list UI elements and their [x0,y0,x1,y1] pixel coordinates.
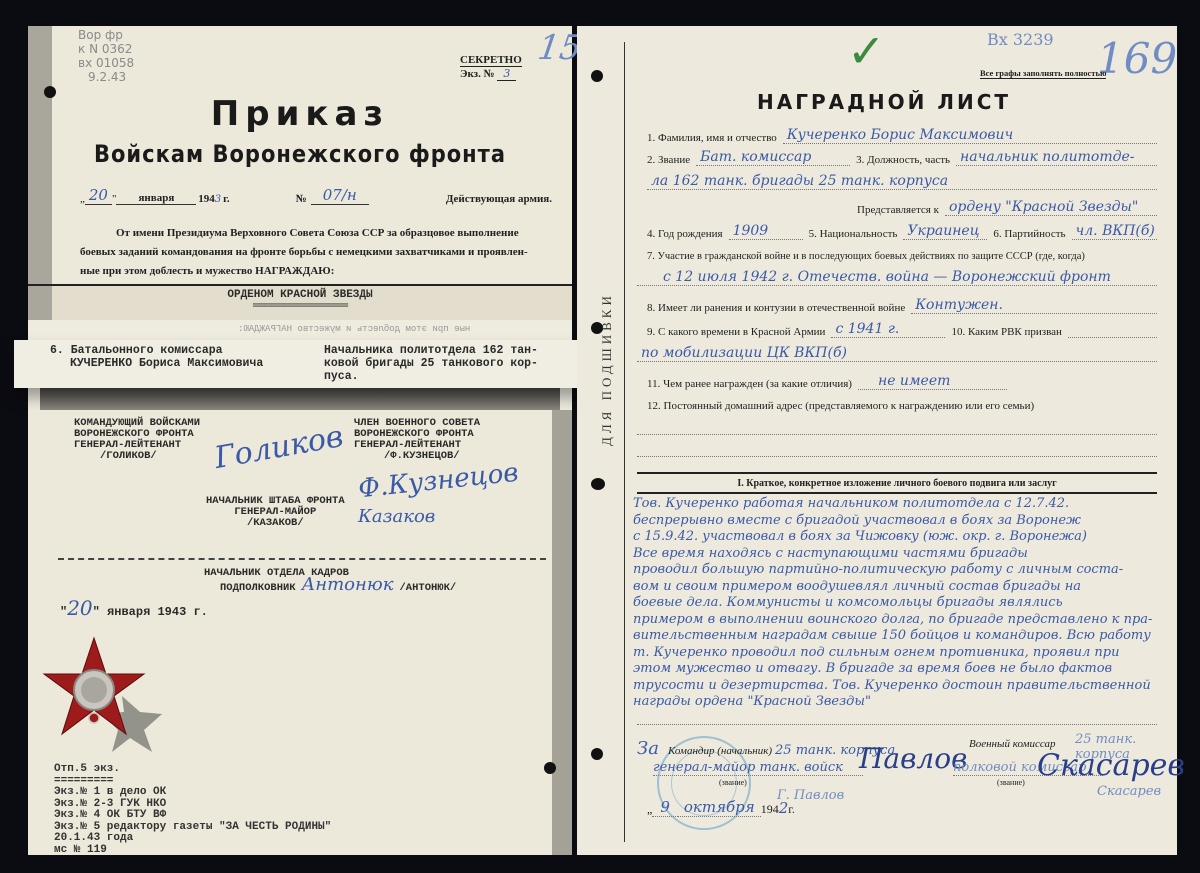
merit-line: с 15.9.42. участвовал в боях за Чижовку … [633,529,1155,546]
order-date-line: „ 20 " января 1943 г. № 07/н Действующая… [80,186,552,205]
field-value: ла 162 танк. бригады 25 танк. корпуса [647,173,1157,190]
field-value: не имеет [858,373,1007,390]
merit-line: этом мужество и отвагу. В бригаде за вре… [633,661,1155,678]
commissar-name: Скасарев [1097,784,1161,799]
binding-label: ДЛЯ ПОДШИВКИ [599,292,615,446]
merit-line: примером в выполнении воинского долга, п… [633,612,1155,629]
field-home-address: 12. Постоянный домашний адрес (представл… [647,390,1157,412]
merit-line: боевые дела. Коммунисты и комсомольцы бр… [633,595,1155,612]
commissar-signature: Скасарев [1037,748,1185,783]
award-sheet: ДЛЯ ПОДШИВКИ ✓ Вх 3239 169 Все графы зап… [577,26,1177,855]
field-label: Представляется к [857,204,939,216]
merit-line: проводил большую партийно-политическую р… [633,562,1155,579]
order-preamble: От имени Президиума Верховного Совета Со… [80,224,550,281]
position-line: Начальника политотдела 162 тан- [324,344,538,357]
merit-line: беспрерывно вместе с бригадой участвовал… [633,513,1155,530]
field-label: 10. Каким РВК призван [951,326,1062,338]
order-number-label: № [296,193,307,205]
field-participation-value: с 12 июля 1942 г. Отечеств. война — Воро… [637,264,1157,286]
field-nominated: Представляется к ордену "Красной Звезды" [857,194,1157,216]
clipping-shadow [40,388,560,410]
merit-line: Все время находясь с наступающими частям… [633,546,1155,563]
preamble-line: ные при этом доблесть и мужество НАГРАЖД… [80,262,550,281]
punch-hole [591,478,605,490]
order-date-g: г. [223,193,230,205]
field-rvk-value: по мобилизации ЦК ВКП(б) [637,340,1157,362]
commander-rank: генерал-майор танк. войск [653,760,863,776]
distribution-line: Отп.5 экз. [54,764,331,776]
punch-hole [544,762,556,774]
commander-signature-block: КОМАНДУЮЩИЙ ВОЙСКАМИ ВОРОНЕЖСКОГО ФРОНТА… [74,418,200,462]
field-value: с 1941 г. [831,321,945,338]
merit-description: Тов. Кучеренко работая начальником полит… [633,496,1155,711]
merit-line: вом и своим примером воодушевлял личный … [633,579,1155,596]
field-rank-position: 2. Звание Бат. комиссар 3. Должность, ча… [647,144,1157,166]
date-month: октября [678,798,761,817]
field-value: ордену "Красной Звезды" [945,199,1157,216]
distribution-line: мс № 119 [54,845,331,857]
preamble-line: От имени Президиума Верховного Совета Со… [80,224,550,243]
field-label: 1. Фамилия, имя и отчество [647,132,777,144]
date-suffix: г. [788,802,795,817]
award-heading-band: ОРДЕНОМ КРАСНОЙ ЗВЕЗДЫ =================… [28,284,572,322]
order-of-red-star-icon [42,634,152,744]
field-previous-awards: 11. Чем ранее награжден (за какие отличи… [647,368,1007,390]
date-year: 194 [761,802,779,817]
merit-line: т. Кучеренко проводил под сильным огнем … [633,645,1155,662]
address-line [637,456,1157,457]
entry-rank: Батальонного комиссара [71,344,223,357]
section-heading: I. Краткое, конкретное изложение личного… [637,478,1157,489]
field-position-cont: ла 162 танк. бригады 25 танк. корпуса [647,168,1157,190]
distribution-line: 20.1.43 года [54,833,331,845]
distribution-line: Экз.№ 4 ОК БТУ ВФ [54,810,331,822]
pencil-note: Вор фр [78,28,134,42]
field-army-since: 9. С какого времени в Красной Армии с 19… [647,316,1157,338]
sig-line: /АНТОНЮК/ [399,582,456,594]
field-label: 3. Должность, часть [856,154,950,166]
punch-hole [591,748,603,760]
field-value [1068,337,1157,338]
field-label: 5. Национальность [809,228,898,240]
order-number-value: 07/н [311,186,369,205]
chief-signature: Казаков [358,506,435,527]
field-value: с 12 июля 1942 г. Отечеств. война — Воро… [637,269,1157,286]
field-value: Украинец [903,223,987,240]
field-value: по мобилизации ЦК ВКП(б) [637,345,1157,362]
distribution-line: Экз.№ 1 в дело ОК [54,787,331,799]
sig-line: /Ф.КУЗНЕЦОВ/ [354,451,480,462]
merit-line: трусости и дезертирства. Тов. Кучеренко … [633,678,1155,695]
checkmark-icon: ✓ [847,24,886,78]
copy-label: Экз. № [460,68,495,80]
bleed-through-text: ные при этом доблесть и мужество НАГРАЖД… [238,324,470,334]
field-label: 12. Постоянный домашний адрес (представл… [647,400,1034,412]
order-date-day: 20 [85,186,112,205]
position-line: пуса. [324,370,538,383]
entry-number: 6. [50,344,64,357]
pencil-note: вх 01058 [78,56,134,70]
secret-label: СЕКРЕТНО [460,54,522,67]
fill-instruction: Все графы заполнять полностью [980,68,1106,79]
address-line [637,434,1157,435]
commander-signature: Голиков [212,419,346,476]
punch-hole [591,70,603,82]
closing-date-day: 20 [67,596,92,620]
field-value: 1909 [729,223,803,240]
field-label: 7. Участие в гражданской войне и в после… [647,251,1085,262]
order-title: Приказ [28,94,572,134]
field-value: чл. ВКП(б) [1072,223,1157,240]
order-date-year-suffix: 3 [215,194,221,205]
incoming-number: Вх 3239 [987,30,1054,49]
entry-recipient: 6. Батальонного комиссара КУЧЕРЕНКО Бори… [50,344,263,370]
section-end-line [637,724,1157,725]
council-signature: Ф.Кузнецов [357,458,520,505]
field-value: Кучеренко Борис Максимович [783,127,1157,144]
pencil-note: 9.2.43 [78,70,134,84]
personnel-signature: Антонюк [302,574,394,595]
commander-label: Командир (начальник) [668,745,772,757]
rank-caption: (звание) [997,778,1025,787]
field-participation: 7. Участие в гражданской войне и в после… [647,240,1157,262]
field-label: 8. Имеет ли ранения и контузии в отечест… [647,302,905,314]
field-name: 1. Фамилия, имя и отчество Кучеренко Бор… [647,122,1157,144]
copy-number: 3 [497,67,516,81]
award-sheet-title: НАГРАДНОЙ ЛИСТ [757,90,1011,114]
sig-line: /ГОЛИКОВ/ [74,451,200,462]
binding-margin-line [624,42,625,842]
field-value: Контужен. [911,297,1157,314]
order-subtitle: Войскам Воронежского фронта [28,140,572,168]
field-label: 9. С какого времени в Красной Армии [647,326,825,338]
secret-stamp: СЕКРЕТНО Экз. № 3 [460,54,522,80]
distribution-list: Отп.5 экз. ========= Экз.№ 1 в дело ОК Э… [54,764,331,856]
closing-date: "20" января 1943 г. [60,596,208,620]
commander-block: За Командир (начальник) 25 танк. корпуса [637,738,895,759]
position-line: ковой бригады 25 танкового кор- [324,357,538,370]
merit-line: Тов. Кучеренко работая начальником полит… [633,496,1155,513]
order-date-month: января [116,192,196,205]
rank-caption: (звание) [719,778,747,787]
field-label: 6. Партийность [993,228,1065,240]
folio-number: 169 [1097,34,1177,83]
entry-name: КУЧЕРЕНКО Бориса Максимовича [50,357,263,370]
entry-position: Начальника политотдела 162 тан- ковой бр… [324,344,538,383]
commander-signature: Павлов [859,742,967,775]
commander-prefix: За [637,738,659,759]
field-wounds: 8. Имеет ли ранения и контузии в отечест… [647,292,1157,314]
preamble-line: боевых заданий командования на фронте бо… [80,243,550,262]
merit-line: награды ордена "Красной Звезды" [633,694,1155,711]
merit-line: вительственным наградам свыше 150 бойцов… [633,628,1155,645]
separator-line [58,558,546,560]
order-header-sheet: Вор фр к N 0362 вх 01058 9.2.43 СЕКРЕТНО… [28,26,572,284]
field-label: 11. Чем ранее награжден (за какие отличи… [647,378,852,390]
army-label: Действующая армия. [446,193,552,205]
closing-date-rest: " января 1943 г. [93,605,208,619]
order-signatures-sheet: КОМАНДУЮЩИЙ ВОЙСКАМИ ВОРОНЕЖСКОГО ФРОНТА… [28,410,572,855]
pencil-notes: Вор фр к N 0362 вх 01058 9.2.43 [78,28,134,84]
date-year-suffix: 2 [779,799,789,817]
field-label: 4. Год рождения [647,228,723,240]
chief-of-staff-block: НАЧАЛЬНИК ШТАБА ФРОНТА ГЕНЕРАЛ-МАЙОР /КА… [206,496,345,529]
award-heading: ОРДЕНОМ КРАСНОЙ ЗВЕЗДЫ [28,289,572,301]
order-date-year: 194 [198,193,215,205]
council-signature-block: ЧЛЕН ВОЕННОГО СОВЕТА ВОРОНЕЖСКОГО ФРОНТА… [354,418,480,462]
field-birth-nationality-party: 4. Год рождения 1909 5. Национальность У… [647,218,1157,240]
field-value: Бат. комиссар [696,149,850,166]
section-rule-top [637,472,1157,474]
pencil-note: к N 0362 [78,42,134,56]
award-sheet-date: „ 9 октября 194 2 г. [647,798,795,817]
sig-line: ПОДПОЛКОВНИК [220,582,296,594]
date-day: 9 [652,798,678,817]
award-heading-underline: ========================= [28,302,572,311]
field-value: начальник политотде- [956,149,1157,166]
sig-line: /КАЗАКОВ/ [206,518,345,529]
section-rule-bottom [637,492,1157,494]
personnel-block: НАЧАЛЬНИК ОТДЕЛА КАДРОВ ПОДПОЛКОВНИКАнто… [204,568,456,594]
field-label: 2. Звание [647,154,690,166]
award-entry-clipping: 6. Батальонного комиссара КУЧЕРЕНКО Бори… [14,340,594,388]
sheet-edge [552,410,572,855]
